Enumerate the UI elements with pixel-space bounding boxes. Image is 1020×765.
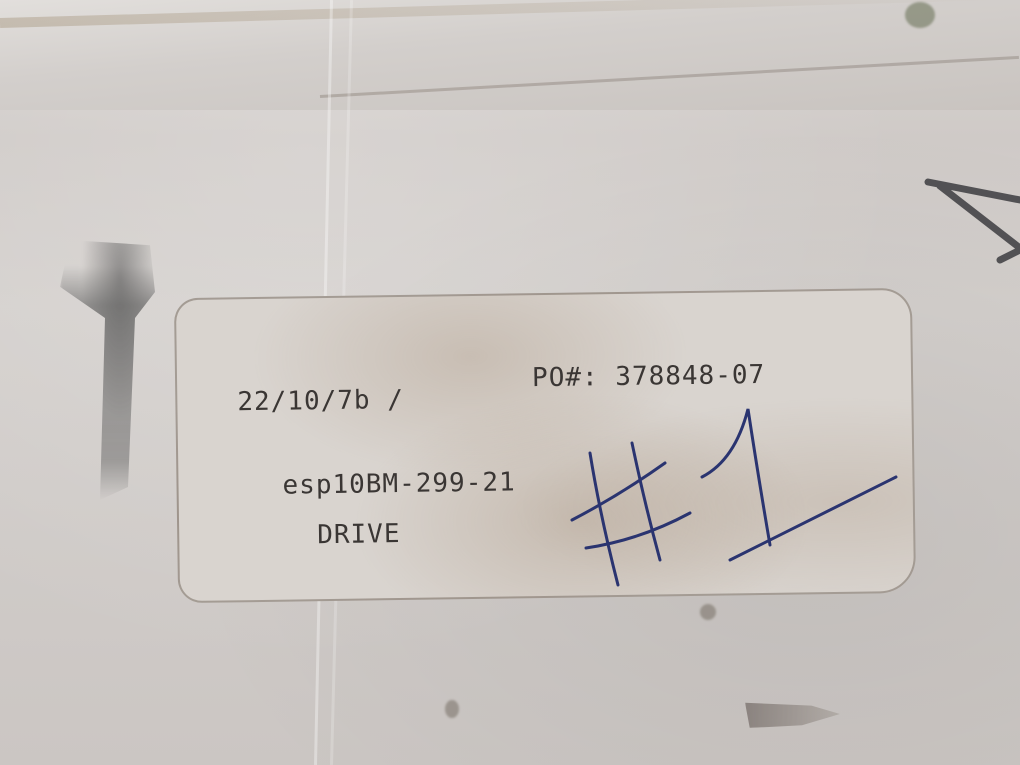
stain-spot xyxy=(700,604,716,620)
handwritten-number-one-mark xyxy=(560,395,900,595)
stain-spot xyxy=(445,700,459,718)
stain-spot xyxy=(905,2,935,28)
label-date: 22/10/7b / xyxy=(237,385,404,417)
label-description: DRIVE xyxy=(317,519,401,550)
label-po-number: PO#: 378848-07 xyxy=(532,360,766,393)
marker-stroke-icon xyxy=(910,170,1020,270)
label-part-number: esp10BM-299-21 xyxy=(282,467,516,500)
